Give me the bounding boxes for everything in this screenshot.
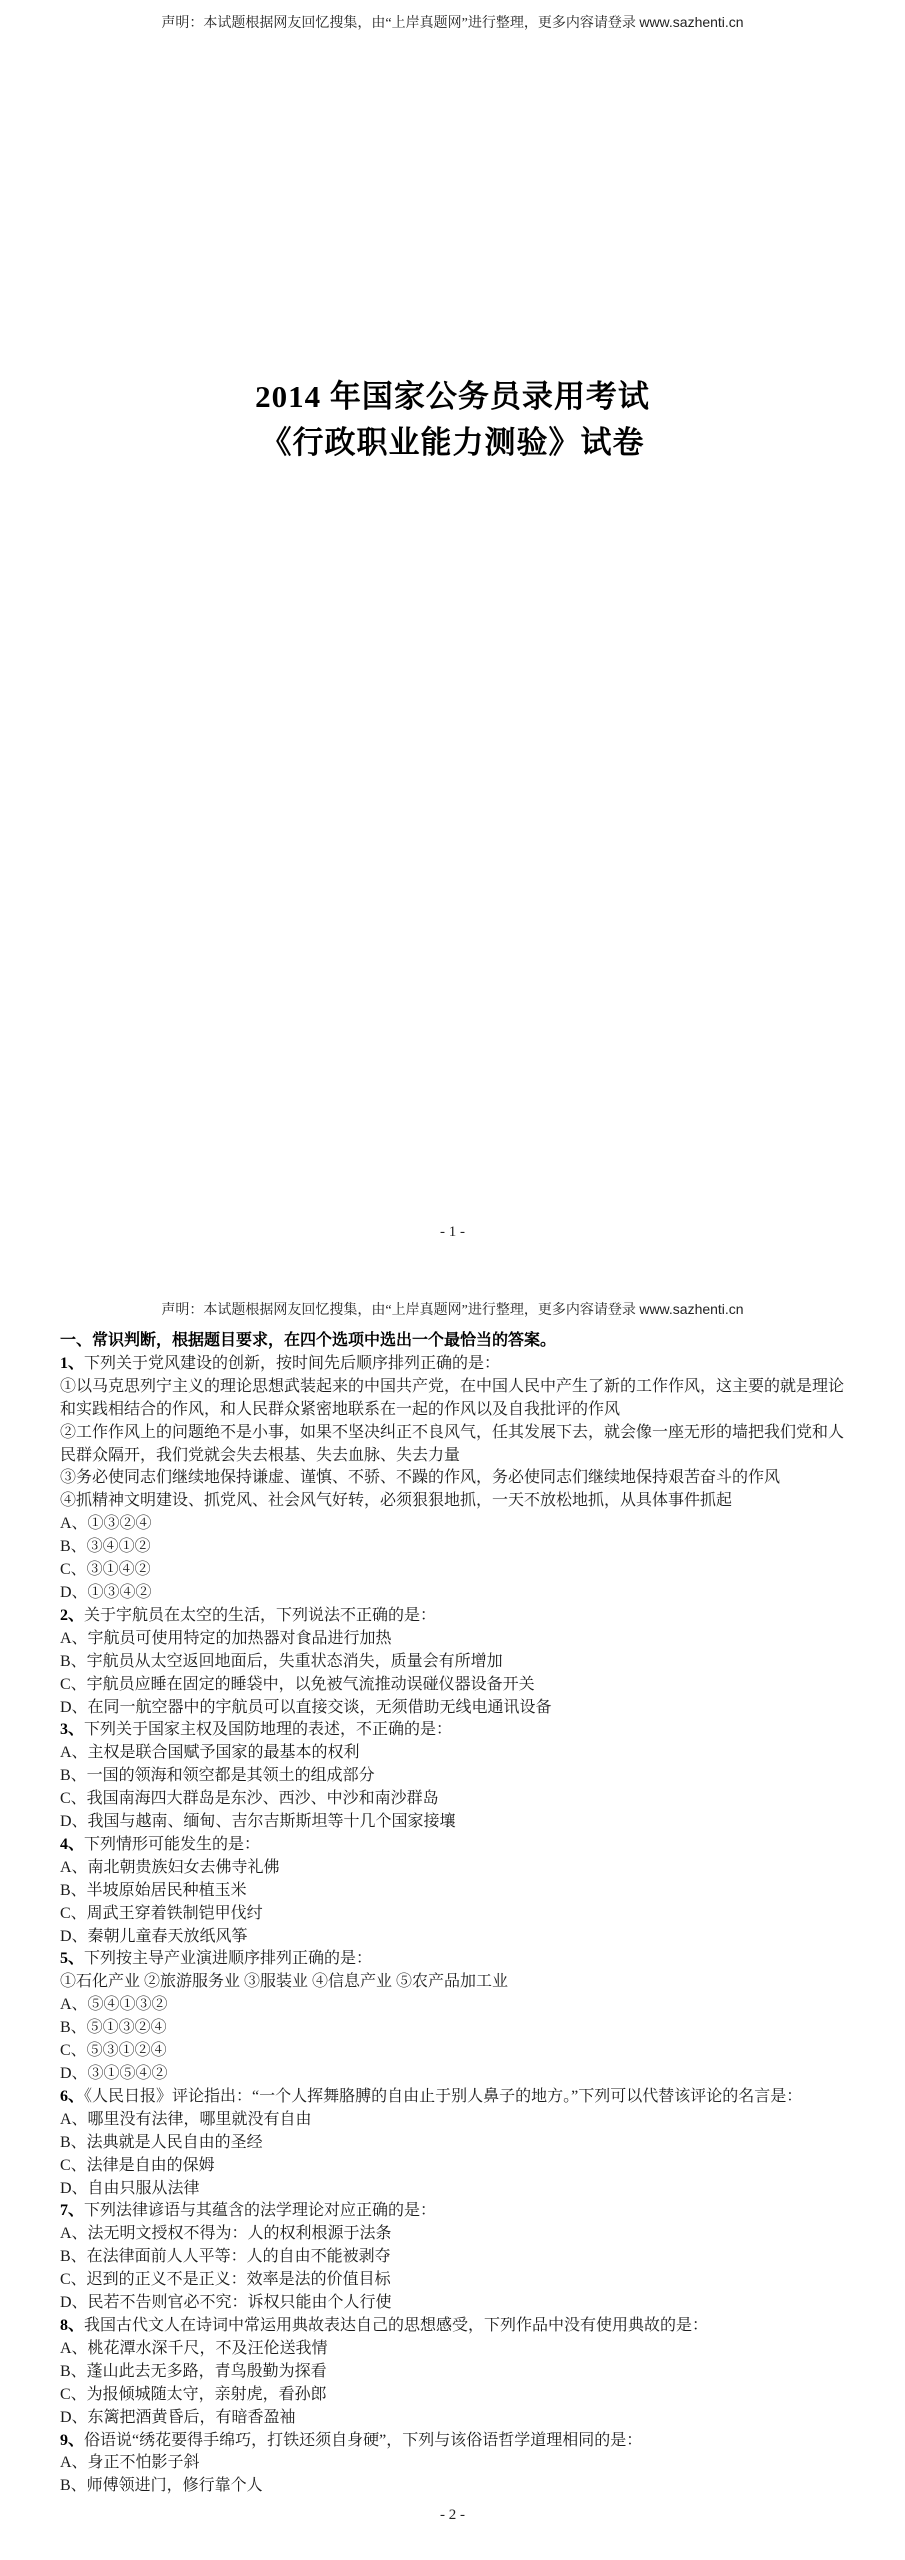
question-1-item-2: ②工作作风上的问题绝不是小事，如果不坚决纠正不良风气，任其发展下去，就会像一座无… bbox=[60, 1422, 852, 1468]
question-5-option-A: A、⑤④①③② bbox=[60, 1994, 852, 2017]
question-5-option-C: C、⑤③①②④ bbox=[60, 2040, 852, 2063]
question-1-option-B: B、③④①② bbox=[60, 1536, 852, 1559]
page-number-2: - 2 - bbox=[0, 2507, 905, 2524]
question-1-item-1: ①以马克思列宁主义的理论思想武装起来的中国共产党，在中国人民中产生了新的工作作风… bbox=[60, 1376, 852, 1422]
question-stem-text: 下列按主导产业演进顺序排列正确的是： bbox=[84, 1950, 372, 1967]
question-2-option-C: C、宇航员应睡在固定的睡袋中，以免被气流推动误碰仪器设备开关 bbox=[60, 1674, 852, 1697]
question-2-option-D: D、在同一航空器中的宇航员可以直接交谈，无须借助无线电通讯设备 bbox=[60, 1697, 852, 1720]
question-number: 7、 bbox=[60, 2202, 84, 2219]
question-8-stem: 8、我国古代文人在诗词中常运用典故表达自己的思想感受，下列作品中没有使用典故的是… bbox=[60, 2315, 852, 2338]
question-stem-text: 下列法律谚语与其蕴含的法学理论对应正确的是： bbox=[84, 2202, 436, 2219]
question-7-option-D: D、民若不告则官必不究：诉权只能由个人行使 bbox=[60, 2292, 852, 2315]
question-1-item-4: ④抓精神文明建设、抓党风、社会风气好转，必须狠狠地抓，一天不放松地抓，从具体事件… bbox=[60, 1490, 852, 1513]
question-number: 2、 bbox=[60, 1607, 84, 1624]
question-3-stem: 3、下列关于国家主权及国防地理的表述，不正确的是： bbox=[60, 1719, 852, 1742]
question-4-option-C: C、周武王穿着铁制铠甲伐纣 bbox=[60, 1903, 852, 1926]
question-8-option-C: C、为报倾城随太守，亲射虎，看孙郎 bbox=[60, 2384, 852, 2407]
question-6-stem: 6、《人民日报》评论指出：“一个人挥舞胳膊的自由止于别人鼻子的地方。”下列可以代… bbox=[60, 2086, 852, 2109]
question-stem-text: 下列关于国家主权及国防地理的表述，不正确的是： bbox=[84, 1721, 452, 1738]
question-4-option-B: B、半坡原始居民种植玉米 bbox=[60, 1880, 852, 1903]
question-7-option-B: B、在法律面前人人平等：人的自由不能被剥夺 bbox=[60, 2246, 852, 2269]
page-number-1: - 1 - bbox=[0, 1224, 905, 1241]
question-list: 1、下列关于党风建设的创新，按时间先后顺序排列正确的是：①以马克思列宁主义的理论… bbox=[60, 1353, 852, 2498]
question-9-option-B: B、师傅领进门，修行靠个人 bbox=[60, 2475, 852, 2498]
question-6-option-A: A、哪里没有法律，哪里就没有自由 bbox=[60, 2109, 852, 2132]
question-6-option-C: C、法律是自由的保姆 bbox=[60, 2155, 852, 2178]
disclaimer-text: 声明：本试题根据网友回忆搜集，由“上岸真题网”进行整理，更多内容请登录 bbox=[161, 1303, 639, 1318]
question-9-option-A: A、身正不怕影子斜 bbox=[60, 2452, 852, 2475]
page-1: 声明：本试题根据网友回忆搜集，由“上岸真题网”进行整理，更多内容请登录 www.… bbox=[0, 0, 905, 1260]
question-8-option-D: D、东篱把酒黄昏后，有暗香盈袖 bbox=[60, 2407, 852, 2430]
exam-content: 一、常识判断，根据题目要求，在四个选项中选出一个最恰当的答案。 1、下列关于党风… bbox=[60, 1330, 852, 2498]
question-5-stem: 5、下列按主导产业演进顺序排列正确的是： bbox=[60, 1948, 852, 1971]
question-4-option-A: A、南北朝贵族妇女去佛寺礼佛 bbox=[60, 1857, 852, 1880]
question-number: 1、 bbox=[60, 1355, 84, 1372]
exam-title-line2: 《行政职业能力测验》试卷 bbox=[0, 420, 905, 466]
question-3-option-A: A、主权是联合国赋予国家的最基本的权利 bbox=[60, 1742, 852, 1765]
question-stem-text: 《人民日报》评论指出：“一个人挥舞胳膊的自由止于别人鼻子的地方。”下列可以代替该… bbox=[84, 2088, 802, 2105]
question-3-option-D: D、我国与越南、缅甸、吉尔吉斯斯坦等十几个国家接壤 bbox=[60, 1811, 852, 1834]
exam-title: 2014 年国家公务员录用考试 《行政职业能力测验》试卷 bbox=[0, 374, 905, 466]
question-6-option-D: D、自由只服从法律 bbox=[60, 2178, 852, 2201]
question-1-stem: 1、下列关于党风建设的创新，按时间先后顺序排列正确的是： bbox=[60, 1353, 852, 1376]
question-number: 3、 bbox=[60, 1721, 84, 1738]
question-1-item-3: ③务必使同志们继续地保持谦虚、谨慎、不骄、不躁的作风，务必使同志们继续地保持艰苦… bbox=[60, 1467, 852, 1490]
question-7-option-A: A、法无明文授权不得为：人的权利根源于法条 bbox=[60, 2223, 852, 2246]
section-heading: 一、常识判断，根据题目要求，在四个选项中选出一个最恰当的答案。 bbox=[60, 1330, 852, 1353]
question-1-option-D: D、①③④② bbox=[60, 1582, 852, 1605]
question-1-option-C: C、③①④② bbox=[60, 1559, 852, 1582]
question-stem-text: 下列情形可能发生的是： bbox=[84, 1836, 260, 1853]
question-number: 6、 bbox=[60, 2088, 84, 2105]
question-stem-text: 俗语说“绣花要得手绵巧，打铁还须自身硬”，下列与该俗语哲学道理相同的是： bbox=[84, 2432, 642, 2449]
question-4-stem: 4、下列情形可能发生的是： bbox=[60, 1834, 852, 1857]
question-7-option-C: C、迟到的正义不是正义：效率是法的价值目标 bbox=[60, 2269, 852, 2292]
question-stem-text: 关于宇航员在太空的生活，下列说法不正确的是： bbox=[84, 1607, 436, 1624]
exam-title-line1: 2014 年国家公务员录用考试 bbox=[0, 374, 905, 420]
question-9-stem: 9、俗语说“绣花要得手绵巧，打铁还须自身硬”，下列与该俗语哲学道理相同的是： bbox=[60, 2430, 852, 2453]
page-2: 声明：本试题根据网友回忆搜集，由“上岸真题网”进行整理，更多内容请登录 www.… bbox=[0, 1260, 905, 2560]
question-1-option-A: A、①③②④ bbox=[60, 1513, 852, 1536]
question-number: 8、 bbox=[60, 2317, 84, 2334]
question-5-option-B: B、⑤①③②④ bbox=[60, 2017, 852, 2040]
question-5-option-D: D、③①⑤④② bbox=[60, 2063, 852, 2086]
question-2-option-B: B、宇航员从太空返回地面后，失重状态消失，质量会有所增加 bbox=[60, 1651, 852, 1674]
question-number: 9、 bbox=[60, 2432, 84, 2449]
question-3-option-C: C、我国南海四大群岛是东沙、西沙、中沙和南沙群岛 bbox=[60, 1788, 852, 1811]
question-7-stem: 7、下列法律谚语与其蕴含的法学理论对应正确的是： bbox=[60, 2200, 852, 2223]
question-8-option-A: A、桃花潭水深千尺，不及汪伦送我情 bbox=[60, 2338, 852, 2361]
question-number: 5、 bbox=[60, 1950, 84, 1967]
disclaimer-page2: 声明：本试题根据网友回忆搜集，由“上岸真题网”进行整理，更多内容请登录 www.… bbox=[0, 1300, 905, 1320]
question-2-option-A: A、宇航员可使用特定的加热器对食品进行加热 bbox=[60, 1628, 852, 1651]
question-2-stem: 2、关于宇航员在太空的生活，下列说法不正确的是： bbox=[60, 1605, 852, 1628]
disclaimer-url: www.sazhenti.cn bbox=[639, 14, 743, 30]
question-3-option-B: B、一国的领海和领空都是其领土的组成部分 bbox=[60, 1765, 852, 1788]
question-8-option-B: B、蓬山此去无多路，青鸟殷勤为探看 bbox=[60, 2361, 852, 2384]
question-stem-text: 下列关于党风建设的创新，按时间先后顺序排列正确的是： bbox=[84, 1355, 500, 1372]
question-stem-text: 我国古代文人在诗词中常运用典故表达自己的思想感受，下列作品中没有使用典故的是： bbox=[84, 2317, 708, 2334]
disclaimer-page1: 声明：本试题根据网友回忆搜集，由“上岸真题网”进行整理，更多内容请登录 www.… bbox=[0, 13, 905, 33]
question-number: 4、 bbox=[60, 1836, 84, 1853]
question-5-item-1: ①石化产业 ②旅游服务业 ③服装业 ④信息产业 ⑤农产品加工业 bbox=[60, 1971, 852, 1994]
disclaimer-url: www.sazhenti.cn bbox=[639, 1301, 743, 1317]
question-4-option-D: D、秦朝儿童春天放纸风筝 bbox=[60, 1926, 852, 1949]
disclaimer-text: 声明：本试题根据网友回忆搜集，由“上岸真题网”进行整理，更多内容请登录 bbox=[161, 16, 639, 31]
question-6-option-B: B、法典就是人民自由的圣经 bbox=[60, 2132, 852, 2155]
